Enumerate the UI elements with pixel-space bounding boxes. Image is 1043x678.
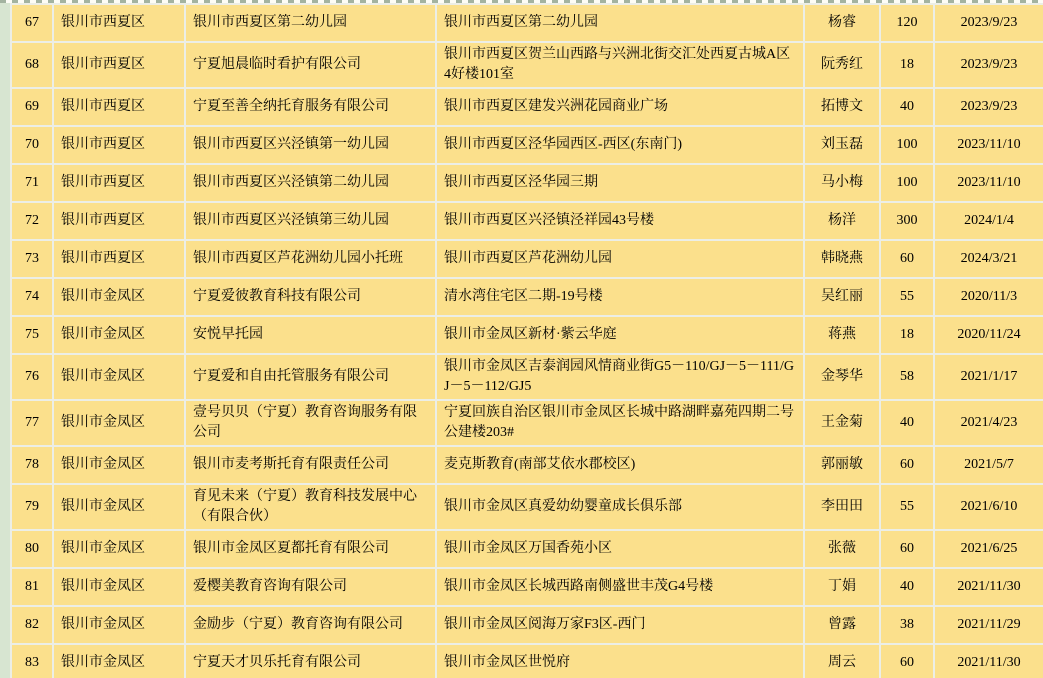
cell-contact[interactable]: 李田田	[804, 484, 880, 530]
cell-contact[interactable]: 张薇	[804, 530, 880, 568]
cell-organization[interactable]: 宁夏旭晨临时看护有限公司	[185, 42, 436, 88]
table-row: 73 银川市西夏区 银川市西夏区芦花洲幼儿园小托班 银川市西夏区芦花洲幼儿园 韩…	[11, 240, 1043, 278]
cell-row-number[interactable]: 75	[11, 316, 53, 354]
records-table-body: 67 银川市西夏区 银川市西夏区第二幼儿园 银川市西夏区第二幼儿园 杨睿 120…	[11, 4, 1043, 678]
cell-capacity[interactable]: 60	[880, 530, 934, 568]
table-row: 72 银川市西夏区 银川市西夏区兴泾镇第三幼儿园 银川市西夏区兴泾镇泾祥园43号…	[11, 202, 1043, 240]
table-row: 83 银川市金凤区 宁夏天才贝乐托育有限公司 银川市金凤区世悦府 周云 60 2…	[11, 644, 1043, 678]
cell-organization[interactable]: 宁夏爱和自由托管服务有限公司	[185, 354, 436, 400]
cell-address[interactable]: 银川市西夏区贺兰山西路与兴洲北街交汇处西夏古城A区4好楼101室	[436, 42, 804, 88]
cell-organization[interactable]: 爱樱美教育咨询有限公司	[185, 568, 436, 606]
cell-organization[interactable]: 银川市西夏区第二幼儿园	[185, 4, 436, 42]
cell-row-number[interactable]: 83	[11, 644, 53, 678]
cell-contact[interactable]: 曾露	[804, 606, 880, 644]
cell-contact[interactable]: 丁娟	[804, 568, 880, 606]
cell-contact[interactable]: 韩晓燕	[804, 240, 880, 278]
cell-date[interactable]: 2023/9/23	[934, 88, 1043, 126]
cell-row-number[interactable]: 77	[11, 400, 53, 446]
cell-address[interactable]: 银川市西夏区第二幼儿园	[436, 4, 804, 42]
table-row: 76 银川市金凤区 宁夏爱和自由托管服务有限公司 银川市金凤区吉泰润园风情商业街…	[11, 354, 1043, 400]
cell-row-number[interactable]: 81	[11, 568, 53, 606]
table-row: 80 银川市金凤区 银川市金凤区夏都托育有限公司 银川市金凤区万国香苑小区 张薇…	[11, 530, 1043, 568]
cell-capacity[interactable]: 300	[880, 202, 934, 240]
cell-row-number[interactable]: 68	[11, 42, 53, 88]
cell-district[interactable]: 银川市西夏区	[53, 202, 185, 240]
cell-district[interactable]: 银川市金凤区	[53, 446, 185, 484]
cell-contact[interactable]: 阮秀红	[804, 42, 880, 88]
cell-district[interactable]: 银川市西夏区	[53, 42, 185, 88]
cell-date[interactable]: 2023/9/23	[934, 42, 1043, 88]
cell-date[interactable]: 2021/6/25	[934, 530, 1043, 568]
cell-date[interactable]: 2021/11/29	[934, 606, 1043, 644]
cell-capacity[interactable]: 40	[880, 88, 934, 126]
cell-organization[interactable]: 银川市麦考斯托育有限责任公司	[185, 446, 436, 484]
table-row: 81 银川市金凤区 爱樱美教育咨询有限公司 银川市金凤区长城西路南侧盛世丰茂G4…	[11, 568, 1043, 606]
table-row: 82 银川市金凤区 金励步（宁夏）教育咨询有限公司 银川市金凤区阅海万家F3区-…	[11, 606, 1043, 644]
cell-date[interactable]: 2023/11/10	[934, 126, 1043, 164]
cell-district[interactable]: 银川市西夏区	[53, 88, 185, 126]
cell-address[interactable]: 银川市金凤区世悦府	[436, 644, 804, 678]
cell-organization[interactable]: 银川市西夏区兴泾镇第二幼儿园	[185, 164, 436, 202]
cell-row-number[interactable]: 67	[11, 4, 53, 42]
table-row: 67 银川市西夏区 银川市西夏区第二幼儿园 银川市西夏区第二幼儿园 杨睿 120…	[11, 4, 1043, 42]
cell-address[interactable]: 宁夏回族自治区银川市金凤区长城中路湖畔嘉苑四期二号公建楼203#	[436, 400, 804, 446]
spreadsheet-view: 67 银川市西夏区 银川市西夏区第二幼儿园 银川市西夏区第二幼儿园 杨睿 120…	[0, 0, 1043, 678]
cell-capacity[interactable]: 55	[880, 278, 934, 316]
cell-date[interactable]: 2021/4/23	[934, 400, 1043, 446]
cell-date[interactable]: 2020/11/3	[934, 278, 1043, 316]
cell-row-number[interactable]: 80	[11, 530, 53, 568]
cell-contact[interactable]: 郭丽敏	[804, 446, 880, 484]
cell-organization[interactable]: 宁夏爱彼教育科技有限公司	[185, 278, 436, 316]
cell-date[interactable]: 2021/5/7	[934, 446, 1043, 484]
cell-row-number[interactable]: 72	[11, 202, 53, 240]
cell-capacity[interactable]: 40	[880, 568, 934, 606]
table-row: 79 银川市金凤区 育见未来（宁夏）教育科技发展中心（有限合伙） 银川市金凤区真…	[11, 484, 1043, 530]
cell-address[interactable]: 银川市西夏区泾华园西区-西区(东南门)	[436, 126, 804, 164]
cell-district[interactable]: 银川市金凤区	[53, 606, 185, 644]
cell-contact[interactable]: 吴红丽	[804, 278, 880, 316]
cell-address[interactable]: 银川市西夏区兴泾镇泾祥园43号楼	[436, 202, 804, 240]
cell-district[interactable]: 银川市西夏区	[53, 164, 185, 202]
cell-row-number[interactable]: 76	[11, 354, 53, 400]
cell-district[interactable]: 银川市金凤区	[53, 530, 185, 568]
cell-organization[interactable]: 安悦早托园	[185, 316, 436, 354]
table-row: 75 银川市金凤区 安悦早托园 银川市金凤区新材·紫云华庭 蒋燕 18 2020…	[11, 316, 1043, 354]
cell-address[interactable]: 银川市西夏区芦花洲幼儿园	[436, 240, 804, 278]
cell-capacity[interactable]: 58	[880, 354, 934, 400]
cell-date[interactable]: 2021/1/17	[934, 354, 1043, 400]
cell-date[interactable]: 2021/11/30	[934, 568, 1043, 606]
cell-date[interactable]: 2020/11/24	[934, 316, 1043, 354]
cell-date[interactable]: 2023/9/23	[934, 4, 1043, 42]
cell-capacity[interactable]: 60	[880, 446, 934, 484]
cell-organization[interactable]: 银川市西夏区兴泾镇第一幼儿园	[185, 126, 436, 164]
cell-organization[interactable]: 银川市西夏区兴泾镇第三幼儿园	[185, 202, 436, 240]
cell-organization[interactable]: 壹号贝贝（宁夏）教育咨询服务有限公司	[185, 400, 436, 446]
cell-contact[interactable]: 杨睿	[804, 4, 880, 42]
records-table: 67 银川市西夏区 银川市西夏区第二幼儿园 银川市西夏区第二幼儿园 杨睿 120…	[10, 3, 1043, 678]
cell-capacity[interactable]: 120	[880, 4, 934, 42]
cell-capacity[interactable]: 40	[880, 400, 934, 446]
cell-contact[interactable]: 马小梅	[804, 164, 880, 202]
cell-address[interactable]: 银川市金凤区真爱幼幼婴童成长俱乐部	[436, 484, 804, 530]
cell-row-number[interactable]: 71	[11, 164, 53, 202]
cell-contact[interactable]: 蒋燕	[804, 316, 880, 354]
cell-address[interactable]: 银川市金凤区阅海万家F3区-西门	[436, 606, 804, 644]
cell-district[interactable]: 银川市金凤区	[53, 278, 185, 316]
cell-contact[interactable]: 杨洋	[804, 202, 880, 240]
cell-contact[interactable]: 周云	[804, 644, 880, 678]
cell-district[interactable]: 银川市金凤区	[53, 400, 185, 446]
cell-address[interactable]: 银川市金凤区长城西路南侧盛世丰茂G4号楼	[436, 568, 804, 606]
cell-row-number[interactable]: 79	[11, 484, 53, 530]
table-row: 69 银川市西夏区 宁夏至善全纳托育服务有限公司 银川市西夏区建发兴洲花园商业广…	[11, 88, 1043, 126]
cell-capacity[interactable]: 60	[880, 644, 934, 678]
table-row: 78 银川市金凤区 银川市麦考斯托育有限责任公司 麦克斯教育(南部艾依水郡校区)…	[11, 446, 1043, 484]
cell-capacity[interactable]: 18	[880, 42, 934, 88]
cell-address[interactable]: 银川市金凤区新材·紫云华庭	[436, 316, 804, 354]
cell-district[interactable]: 银川市西夏区	[53, 240, 185, 278]
cell-district[interactable]: 银川市金凤区	[53, 354, 185, 400]
cell-district[interactable]: 银川市金凤区	[53, 316, 185, 354]
cell-capacity[interactable]: 100	[880, 126, 934, 164]
cell-contact[interactable]: 王金菊	[804, 400, 880, 446]
cell-address[interactable]: 银川市金凤区万国香苑小区	[436, 530, 804, 568]
cell-date[interactable]: 2021/11/30	[934, 644, 1043, 678]
cell-organization[interactable]: 宁夏至善全纳托育服务有限公司	[185, 88, 436, 126]
cell-organization[interactable]: 金励步（宁夏）教育咨询有限公司	[185, 606, 436, 644]
cell-organization[interactable]: 银川市西夏区芦花洲幼儿园小托班	[185, 240, 436, 278]
cell-capacity[interactable]: 18	[880, 316, 934, 354]
cell-organization[interactable]: 宁夏天才贝乐托育有限公司	[185, 644, 436, 678]
table-row: 68 银川市西夏区 宁夏旭晨临时看护有限公司 银川市西夏区贺兰山西路与兴洲北街交…	[11, 42, 1043, 88]
cell-capacity[interactable]: 55	[880, 484, 934, 530]
cell-row-number[interactable]: 70	[11, 126, 53, 164]
cell-contact[interactable]: 刘玉磊	[804, 126, 880, 164]
cell-row-number[interactable]: 69	[11, 88, 53, 126]
cell-address[interactable]: 麦克斯教育(南部艾依水郡校区)	[436, 446, 804, 484]
cell-capacity[interactable]: 38	[880, 606, 934, 644]
cell-district[interactable]: 银川市金凤区	[53, 644, 185, 678]
cell-capacity[interactable]: 100	[880, 164, 934, 202]
cell-district[interactable]: 银川市金凤区	[53, 568, 185, 606]
table-row: 70 银川市西夏区 银川市西夏区兴泾镇第一幼儿园 银川市西夏区泾华园西区-西区(…	[11, 126, 1043, 164]
cell-district[interactable]: 银川市金凤区	[53, 484, 185, 530]
cell-date[interactable]: 2024/1/4	[934, 202, 1043, 240]
table-row: 74 银川市金凤区 宁夏爱彼教育科技有限公司 清水湾住宅区二期-19号楼 吴红丽…	[11, 278, 1043, 316]
cell-address[interactable]: 清水湾住宅区二期-19号楼	[436, 278, 804, 316]
table-row: 77 银川市金凤区 壹号贝贝（宁夏）教育咨询服务有限公司 宁夏回族自治区银川市金…	[11, 400, 1043, 446]
cell-capacity[interactable]: 60	[880, 240, 934, 278]
cell-address[interactable]: 银川市金凤区吉泰润园风情商业街G5－110/GJ－5－111/GJ－5－112/…	[436, 354, 804, 400]
cell-organization[interactable]: 育见未来（宁夏）教育科技发展中心（有限合伙）	[185, 484, 436, 530]
cell-row-number[interactable]: 82	[11, 606, 53, 644]
cell-row-number[interactable]: 78	[11, 446, 53, 484]
cell-row-number[interactable]: 74	[11, 278, 53, 316]
cell-contact[interactable]: 金琴华	[804, 354, 880, 400]
cell-date[interactable]: 2023/11/10	[934, 164, 1043, 202]
cell-district[interactable]: 银川市西夏区	[53, 4, 185, 42]
cell-date[interactable]: 2024/3/21	[934, 240, 1043, 278]
cell-contact[interactable]: 拓博文	[804, 88, 880, 126]
cell-date[interactable]: 2021/6/10	[934, 484, 1043, 530]
left-margin-strip	[0, 3, 10, 678]
cell-district[interactable]: 银川市西夏区	[53, 126, 185, 164]
cell-row-number[interactable]: 73	[11, 240, 53, 278]
cell-address[interactable]: 银川市西夏区建发兴洲花园商业广场	[436, 88, 804, 126]
table-row: 71 银川市西夏区 银川市西夏区兴泾镇第二幼儿园 银川市西夏区泾华园三期 马小梅…	[11, 164, 1043, 202]
cell-organization[interactable]: 银川市金凤区夏都托育有限公司	[185, 530, 436, 568]
cell-address[interactable]: 银川市西夏区泾华园三期	[436, 164, 804, 202]
